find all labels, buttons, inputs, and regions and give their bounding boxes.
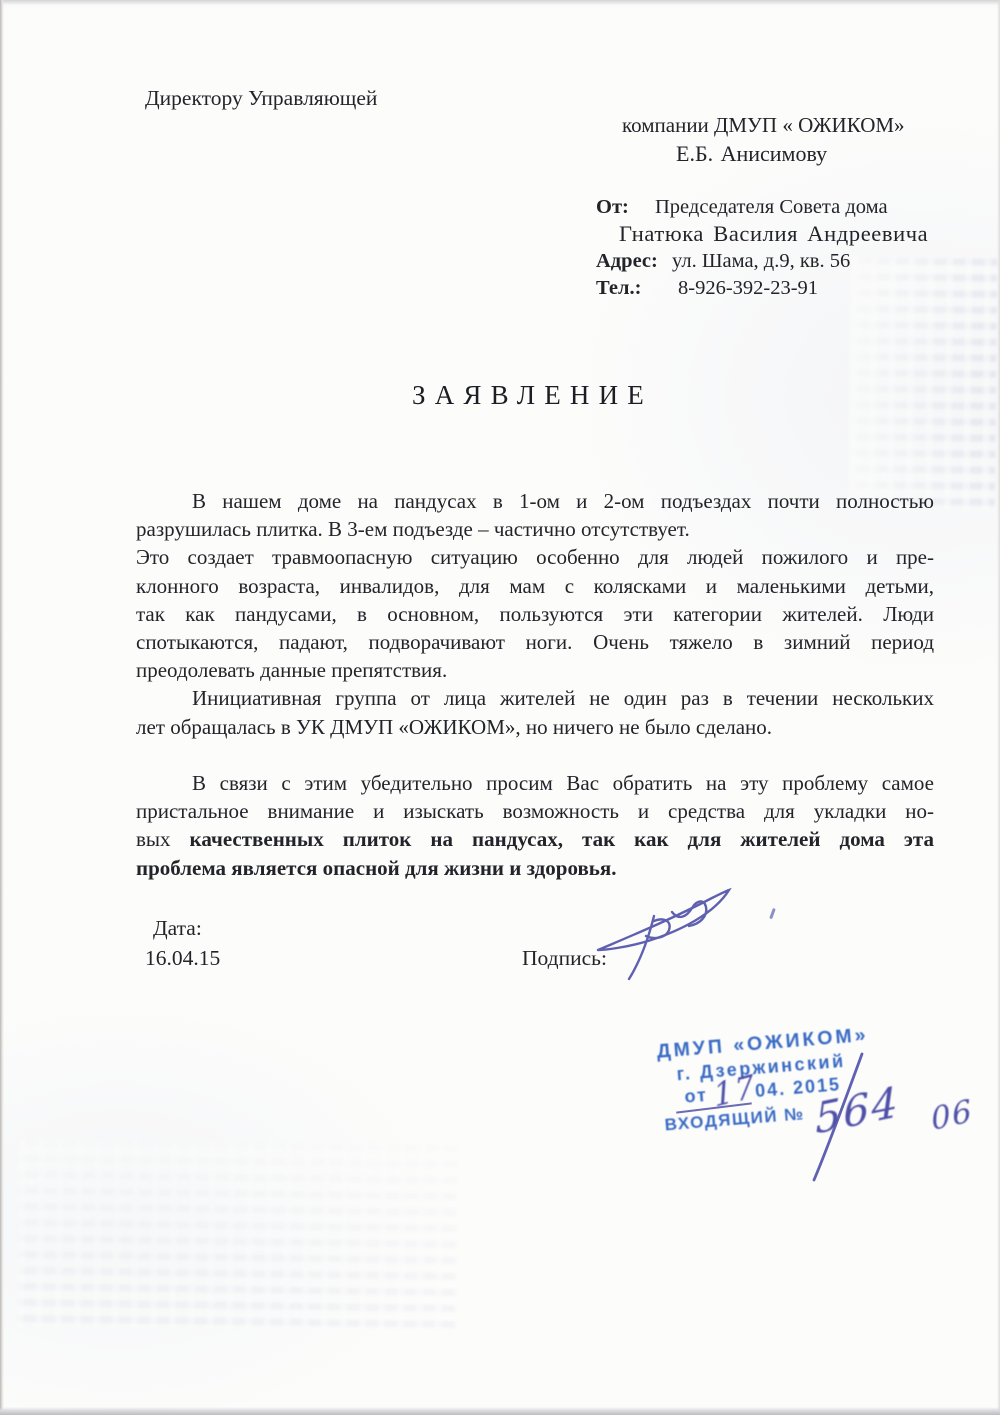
body-line: спотыкаются, падают, подворачивают ноги.… bbox=[136, 628, 934, 656]
document-title: ЗАЯВЛЕНИЕ bbox=[412, 380, 653, 411]
address-value: ул. Шама, д.9, кв. 56 bbox=[672, 250, 850, 273]
handwritten-incoming-number: 564 bbox=[815, 1102, 899, 1119]
stamp-date-prefix: от bbox=[684, 1085, 709, 1107]
body-line: проблема является опасной для жизни и зд… bbox=[136, 854, 934, 882]
body-line: клонного возраста, инвалидов, для мам с … bbox=[136, 572, 934, 600]
letter-content: Директору Управляющей компании ДМУП « ОЖ… bbox=[0, 0, 1000, 1415]
body-line: В нашем доме на пандусах в 1-ом и 2-ом п… bbox=[136, 487, 934, 515]
letter-body: В нашем доме на пандусах в 1-ом и 2-ом п… bbox=[136, 487, 934, 882]
body-line: лет обращалась в УК ДМУП «ОЖИКОМ», но ни… bbox=[136, 713, 934, 741]
from-label: От: bbox=[596, 196, 629, 219]
scanned-letter-page: Директору Управляющей компании ДМУП « ОЖ… bbox=[0, 0, 1000, 1415]
recipient-line-1: Директору Управляющей bbox=[145, 86, 377, 111]
date-value: 16.04.15 bbox=[145, 946, 220, 971]
recipient-line-2: компании ДМУП « ОЖИКОМ» bbox=[622, 113, 905, 138]
handwritten-incoming-suffix: 06 bbox=[932, 1111, 973, 1120]
body-line: Это создает травмоопасную ситуацию особе… bbox=[136, 543, 934, 571]
body-line: вых качественных плиток на пандусах, так… bbox=[136, 825, 934, 853]
address-label: Адрес: bbox=[596, 250, 658, 273]
handwritten-day: 17 bbox=[714, 1086, 756, 1097]
body-line-bold-part: качественных плиток на пандусах, так как… bbox=[190, 827, 934, 851]
body-line: Инициативная группа от лица жителей не о… bbox=[136, 684, 934, 712]
from-value: Председателя Совета дома bbox=[655, 196, 888, 219]
phone-value: 8-926-392-23-91 bbox=[678, 277, 818, 300]
signature-label: Подпись: bbox=[522, 946, 607, 971]
body-line: преодолевать данные препятствия. bbox=[136, 656, 934, 684]
body-line: разрушилась плитка. В 3-ем подъезде – ча… bbox=[136, 515, 934, 543]
body-line: пристальное внимание и изыскать возможно… bbox=[136, 797, 934, 825]
body-line-regular-part: вых bbox=[136, 827, 171, 851]
date-label: Дата: bbox=[153, 916, 202, 941]
body-line: так как пандусами, в основном, пользуютс… bbox=[136, 600, 934, 628]
phone-label: Тел.: bbox=[596, 277, 641, 300]
body-line: В связи с этим убедительно просим Вас об… bbox=[136, 769, 934, 797]
recipient-line-3: Е.Б. Анисимову bbox=[676, 141, 827, 167]
sender-name: Гнатюка Василия Андреевича bbox=[619, 221, 928, 247]
